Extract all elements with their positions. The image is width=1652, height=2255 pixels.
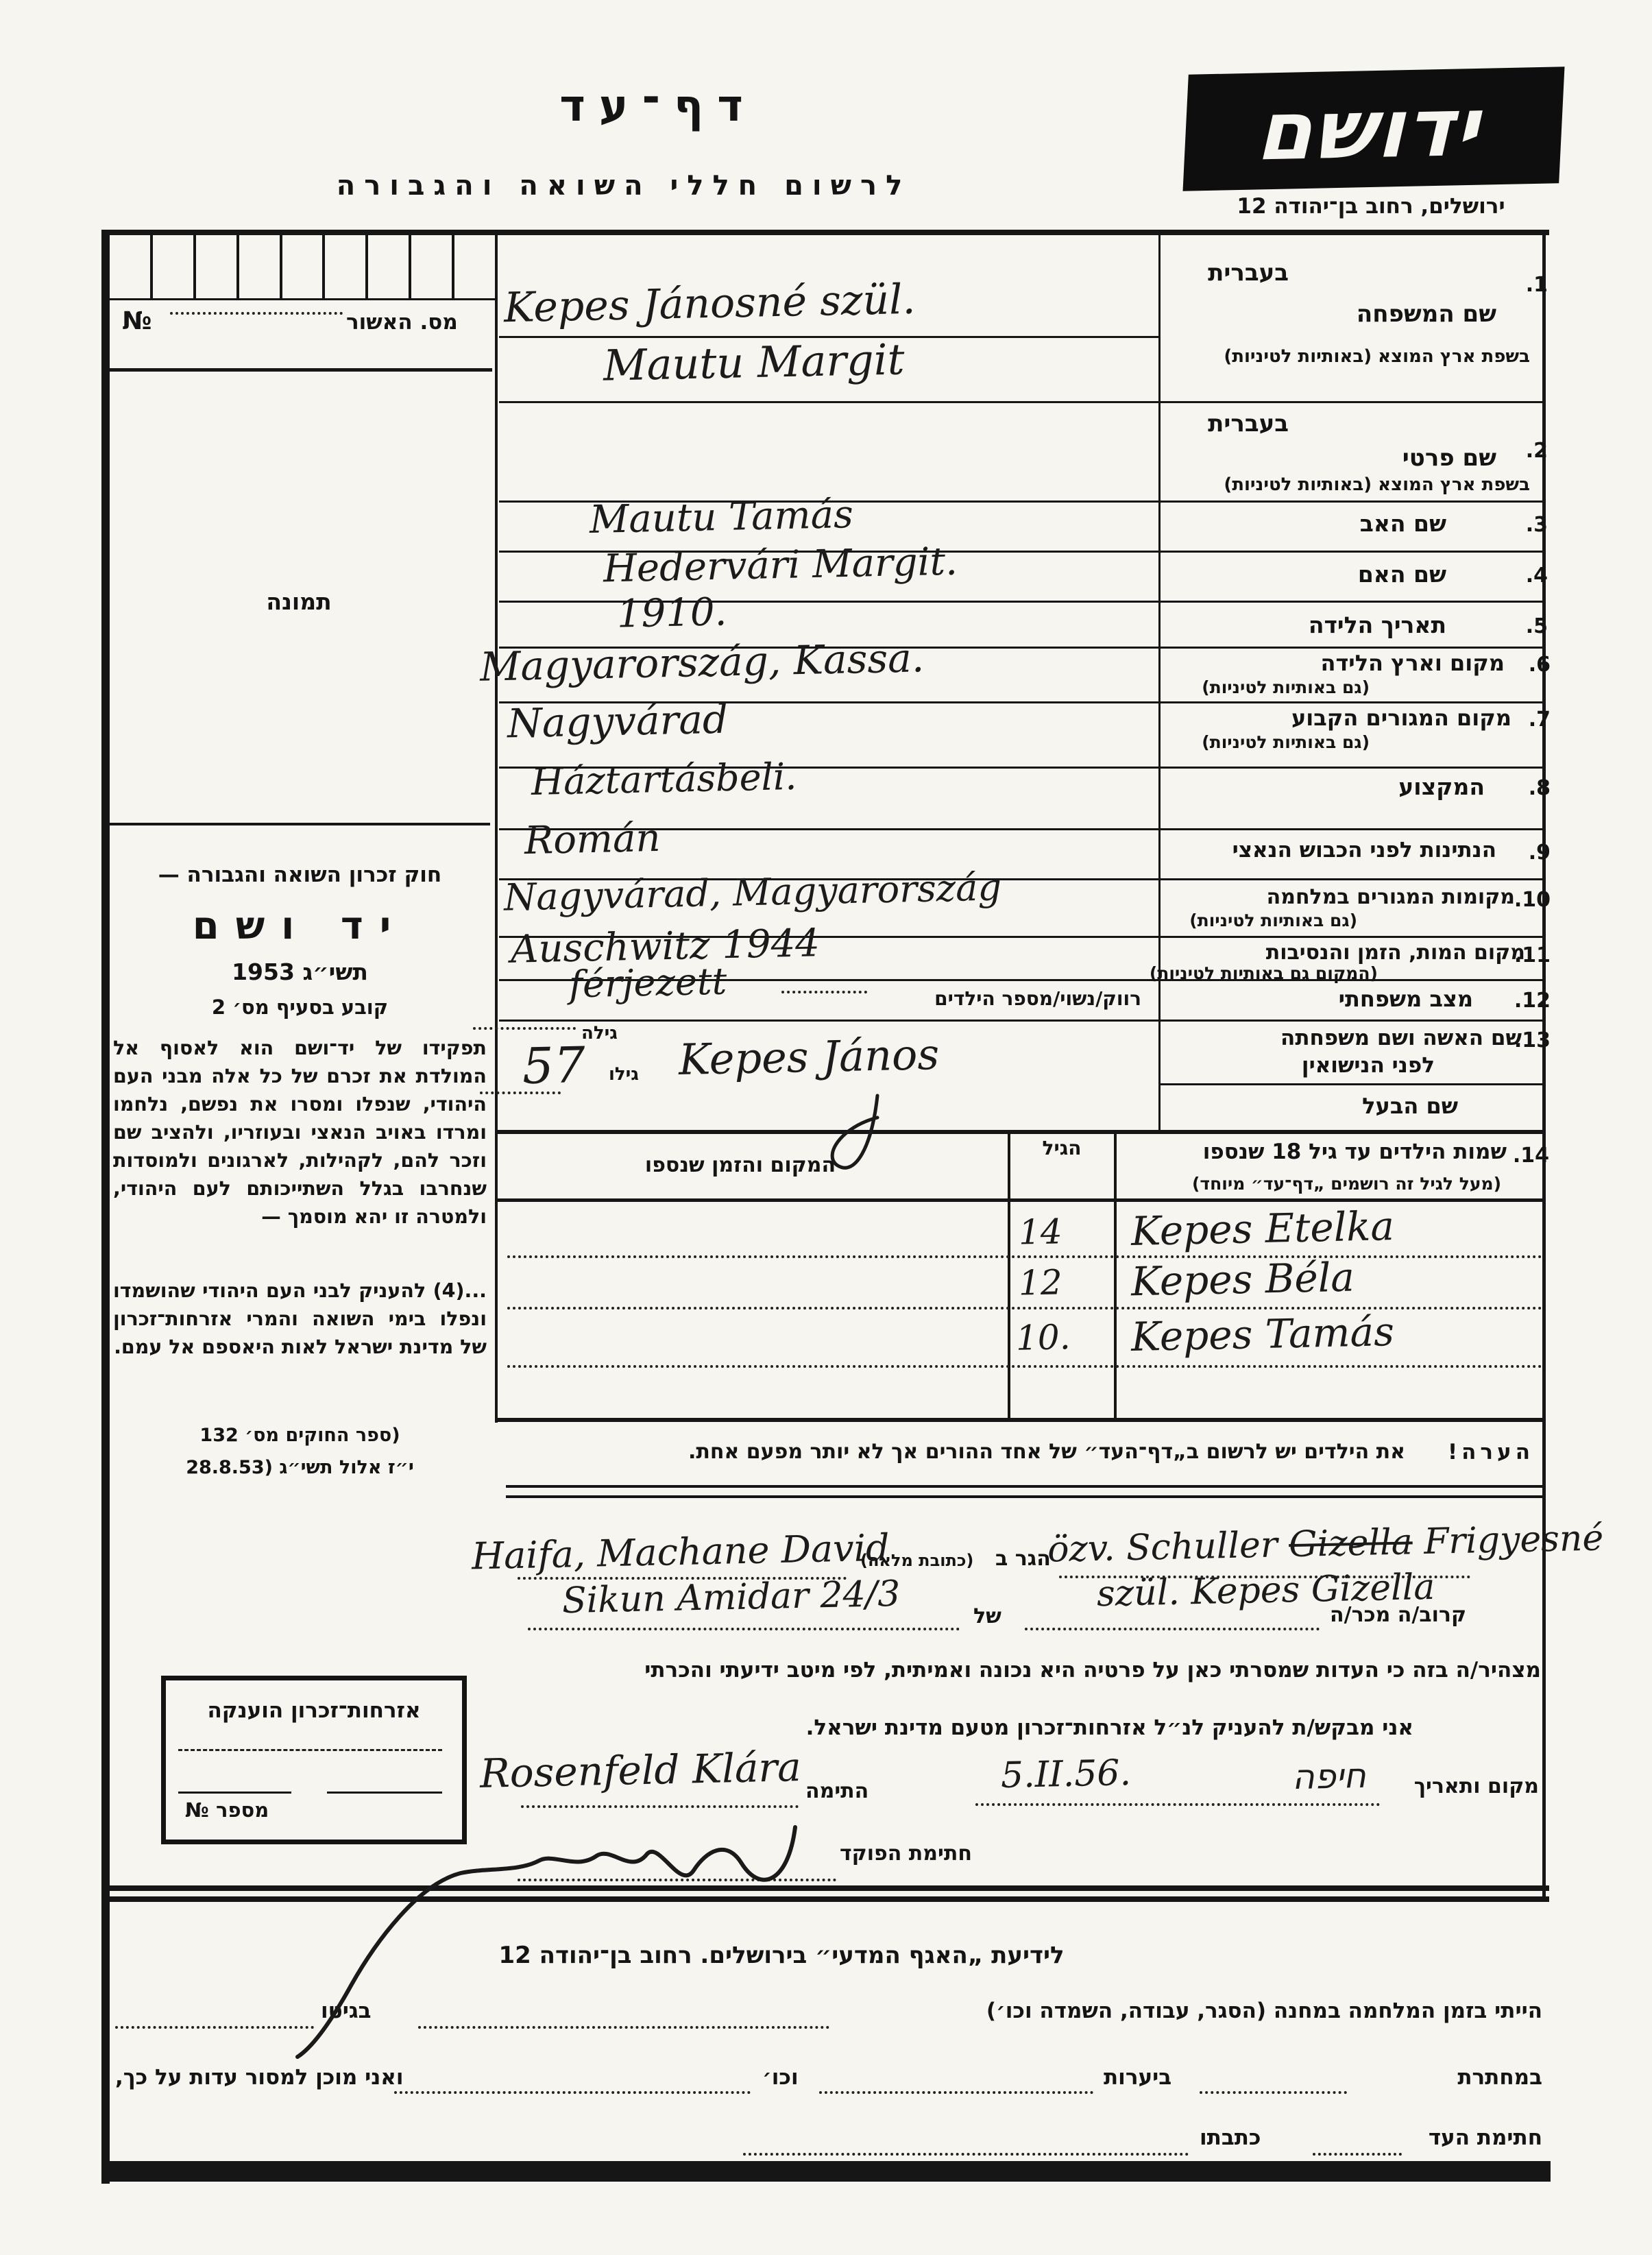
index-cell (110, 235, 153, 298)
field-7-number: 7. (1529, 708, 1551, 732)
law-name: יד ושם (113, 904, 487, 948)
field-3-label-father: שם האב (1360, 510, 1446, 537)
children-table-top-rule (495, 1130, 1546, 1134)
writing-line (499, 1020, 1158, 1022)
form-subtitle: לרשום חללי השואה והגבורה (308, 170, 939, 202)
bottom-black-bar (101, 2161, 1551, 2182)
index-cell (196, 235, 239, 298)
yad-vashem-logo: ידושם (1182, 67, 1564, 191)
marital-options-dotted (781, 991, 867, 993)
memorial-citizenship-box: אזרחות־זכרון הוענקה מספר № (161, 1676, 467, 1844)
field-8-number: 8. (1529, 776, 1551, 800)
field-2-label-latin: בשפת ארץ המוצא (באותיות לטיניות) (1224, 474, 1530, 495)
writing-line (499, 401, 1158, 403)
logo-address: ירושלים, רחוב בן־יהודה 12 (1165, 194, 1577, 219)
declarant-address-dotted (518, 1577, 847, 1580)
field-1-number: 1. (1526, 273, 1548, 297)
testimony-label: ואני מוכן למסור עדות על כך, (115, 2065, 404, 2090)
field-2-number: 2. (1526, 439, 1548, 463)
children-row-dotted (507, 1255, 1542, 1258)
field-14-sublabel: (מעל לגיל זה רושמים „דף־עד״ מיוחד) (1192, 1174, 1501, 1194)
divider-middle-right (1158, 230, 1161, 1131)
field-7-label-residence: מקום המגורים הקבוע (1291, 705, 1511, 731)
index-cells-row (110, 235, 495, 300)
field-divider (1160, 1083, 1544, 1085)
ghetto-dotted (115, 2026, 314, 2029)
field-4-label-mother: שם האם (1358, 561, 1446, 588)
form-bottom-rule-1 (101, 1885, 1549, 1891)
place-date-label: מקום ותאריך (1414, 1774, 1539, 1798)
declarant-name-dotted (1059, 1576, 1470, 1578)
relation-dotted (1025, 1628, 1320, 1630)
children-col-place-header: המקום והזמן שנספו (521, 1153, 960, 1177)
index-cell (325, 235, 368, 298)
field-7-label-latin: (גם באותיות לטיניות) (1202, 732, 1370, 752)
field-9-number: 9. (1529, 841, 1551, 865)
field-6-label-birthplace: מקום וארץ הלידה (1320, 650, 1505, 676)
field-divider (1160, 401, 1544, 403)
declarant-signature: Rosenfeld Klára (479, 1744, 801, 1797)
field-divider (1160, 828, 1544, 830)
of-dotted (528, 1628, 960, 1630)
etc-label: וכו׳ (762, 2065, 799, 2090)
children-row-dotted (507, 1365, 1542, 1368)
entry-mother-name: Hedervári Margit. (603, 540, 958, 592)
child-age: 14 (1018, 1211, 1062, 1252)
camp-dotted (418, 2026, 829, 2029)
form-top-rule (101, 230, 1549, 235)
declarant-name-part-b: Frigyesné (1424, 1518, 1604, 1563)
ghetto-label: בגיטו (321, 1999, 372, 2023)
field-divider (1160, 936, 1544, 938)
memorial-citizenship-line-2a (178, 1792, 291, 1794)
field-8-label-profession: המקצוע (1398, 773, 1485, 800)
camp-label: הייתי בזמן המלחמה במחנה (הסגר, עבודה, הש… (986, 1999, 1542, 2023)
field-12-number: 12. (1514, 989, 1551, 1013)
field-13-label-husband: שם הבעל (1362, 1093, 1458, 1119)
law-paragraph-1: תפקידו של יד־ושם הוא לאסוף אל המולדת את … (113, 1034, 487, 1231)
entry-family-name-1: Kepes Jánosné szül. (503, 276, 916, 333)
divider-left-middle (495, 230, 498, 1423)
note-label: הערה! (1448, 1440, 1534, 1464)
field-divider (1160, 551, 1544, 553)
field-divider (1160, 701, 1544, 703)
field-divider (1160, 601, 1544, 603)
declaration-statement-2: אני מבקש/ת להעניק לנ״ל אזרחות־זכרון מטעם… (806, 1715, 1413, 1740)
field-2-label-hebrew: בעברית (1208, 410, 1289, 437)
underground-dotted (1200, 2091, 1347, 2094)
field-divider (1160, 1020, 1544, 1022)
index-cell (282, 235, 326, 298)
memorial-citizenship-number-label: מספר № (185, 1798, 269, 1822)
official-signature-dotted (518, 1879, 836, 1881)
index-cell (411, 235, 454, 298)
child-age: 12 (1018, 1262, 1062, 1303)
declarant-address-line-2: Sikun Amidar 24/3 (561, 1573, 900, 1621)
bottom-heading: לידיעת „האגף המדעי״ בירושלים. רחוב בן־יה… (452, 1942, 1110, 1969)
field-14-number: 14. (1513, 1144, 1549, 1168)
field-9-label-citizenship: הנתינות לפני הכבוש הנאצי (1232, 838, 1496, 863)
place-handwriting: חיפה (1291, 1756, 1366, 1797)
field-3-number: 3. (1526, 513, 1548, 537)
law-paragraph-2: ...(4) להעניק לבני העם היהודי שהושמדו ונ… (113, 1277, 487, 1361)
entry-marital-status: férjezett (568, 960, 727, 1006)
law-section: קובע בסעיף מס׳ 2 (113, 996, 487, 1019)
approval-label: מס. האשור (346, 310, 458, 335)
approval-number-line (170, 312, 343, 315)
left-divider-2 (110, 823, 490, 825)
law-reference-2: י״ז אלול תשי״ג (28.8.53 (113, 1457, 487, 1478)
entry-father-name: Mautu Tamás (589, 492, 853, 542)
memorial-citizenship-title: אזרחות־זכרון הוענקה (166, 1698, 462, 1723)
forests-label: ביערות (1104, 2065, 1171, 2090)
her-age-dotted (473, 1027, 576, 1030)
field-6-number: 6. (1529, 653, 1551, 677)
index-cell (153, 235, 196, 298)
declarant-name-line-1: özv. Schuller Gizella Frigyesné (1047, 1518, 1603, 1571)
field-divider (1160, 767, 1544, 769)
field-4-number: 4. (1526, 564, 1548, 588)
field-10-label-latin: (גם באותיות לטיניות) (1189, 911, 1357, 930)
children-table-header-rule (495, 1198, 1546, 1202)
field-12-label-marital: מצב משפחתי (1339, 986, 1473, 1012)
witness-address-dotted (743, 2153, 1189, 2156)
field-1-label-hebrew: בעברית (1208, 259, 1289, 287)
declaration-statement-1: מצהיר/ה בזה כי העדות שמסרתי כאן על פרטיה… (644, 1658, 1541, 1683)
etc-dotted (394, 2091, 751, 2094)
field-13-label-wife-2: לפני הנישואין (1302, 1053, 1435, 1078)
field-divider (1160, 647, 1544, 649)
field-5-number: 5. (1526, 614, 1548, 638)
field-10-number: 10. (1514, 888, 1551, 912)
approval-no-symbol: № (122, 307, 151, 335)
entry-citizenship: Román (524, 816, 661, 863)
child-name: Kepes Etelka (1130, 1203, 1394, 1255)
children-col-age-header: הגיל (1010, 1137, 1113, 1159)
field-5-label-birthdate: תאריך הלידה (1309, 612, 1446, 638)
form-right-border (1542, 230, 1546, 1901)
declarant-name-part-a: özv. Schuller (1047, 1524, 1278, 1570)
law-year: תשי״ג 1953 (113, 958, 487, 985)
lives-at-hint: (כתובת מלאה) (860, 1551, 973, 1570)
witness-signature-label: חתימת העד (1429, 2125, 1542, 2150)
entry-war-residence: Nagyvárad, Magyarország (503, 865, 1001, 919)
entry-family-name-2: Mautu Margit (603, 334, 905, 390)
his-age-label: גילו (609, 1064, 639, 1085)
marital-options-label: רווק/נשוי/מספר הילדים (934, 987, 1141, 1010)
field-1-label-latin: בשפת ארץ המוצא (באותיות לטיניות) (1224, 346, 1530, 367)
witness-signature-dotted (1313, 2153, 1402, 2156)
yad-vashem-logo-text: ידושם (1251, 79, 1496, 178)
index-cell (454, 235, 495, 298)
field-13-label-wife: שם האשה ושם משפחתה (1280, 1026, 1522, 1050)
photo-placeholder-label: תמונה (103, 588, 495, 615)
signature-label: התימה (805, 1779, 868, 1803)
underground-label: במחתרת (1457, 2065, 1542, 2090)
law-heading: חוק זכרון השואה והגבורה — (113, 863, 487, 887)
children-col-line-left (1008, 1134, 1010, 1418)
field-divider (1160, 501, 1544, 503)
date-handwriting: 5.II.56. (1000, 1752, 1131, 1796)
child-name: Kepes Béla (1130, 1254, 1355, 1305)
forests-dotted (819, 2091, 1093, 2094)
declarant-address-line-1: Haifa, Machane David (471, 1526, 890, 1578)
entry-profession: Háztartásbeli. (531, 755, 797, 804)
her-age-label: גילה (581, 1023, 618, 1044)
children-table-bottom-rule (495, 1418, 1546, 1422)
page-of-testimony-scan: דף־עד לרשום חללי השואה והגבורה ידושם ירו… (0, 0, 1652, 2255)
field-2-label-first-name: שם פרטי (1402, 444, 1496, 472)
form-title: דף־עד (542, 81, 775, 132)
entry-birth-place: Magyarország, Kassa. (479, 634, 924, 690)
child-age: 10. (1015, 1317, 1071, 1358)
writing-line (499, 601, 1158, 603)
field-11-label-latin: (המקום גם באותיות לטיניות) (1150, 963, 1378, 983)
field-14-label: שמות הילדים עד גיל 18 שנספו (1203, 1139, 1507, 1164)
entry-husband-name: Kepes János (678, 1029, 940, 1085)
note-text: את הילדים יש לרשום ב„דף־העד״ של אחד ההור… (688, 1440, 1405, 1464)
index-cell (239, 235, 282, 298)
law-reference-1: (ספר החוקים מס׳ 132 (113, 1425, 487, 1446)
field-1-label-family-name: שם המשפחה (1357, 300, 1496, 328)
field-divider (1160, 878, 1544, 880)
field-11-label-death: מקום המות, הזמן והנסיבות (1266, 941, 1525, 965)
field-6-label-latin: (גם באותיות לטיניות) (1202, 677, 1370, 697)
memorial-citizenship-line-2b (327, 1792, 442, 1794)
entry-residence: Nagyvárad (507, 696, 728, 747)
memorial-citizenship-line-1 (178, 1749, 442, 1751)
child-name: Kepes Tamás (1130, 1308, 1394, 1360)
note-rule-1 (506, 1485, 1544, 1488)
form-bottom-rule-2 (101, 1896, 1549, 1902)
lives-at-label: הגר ב (995, 1547, 1051, 1571)
entry-birth-date: 1910. (616, 590, 727, 636)
entry-husband-age: 57 (522, 1036, 585, 1095)
children-col-line-right (1114, 1134, 1117, 1418)
official-signature-label: חתימת הפוקד (840, 1842, 972, 1866)
note-rule-2 (506, 1495, 1544, 1498)
witness-address-label: כתבתו (1200, 2125, 1261, 2150)
of-label: של (973, 1604, 1001, 1628)
declarant-name-struck: Gizella (1289, 1521, 1413, 1565)
date-dotted (975, 1803, 1380, 1806)
field-10-label-war-residence: מקומות המגורים במלחמה (1267, 885, 1515, 909)
relation-label: קרוב/ה מכר/ה (1330, 1603, 1466, 1627)
signature-dotted (521, 1805, 799, 1808)
index-cell (368, 235, 411, 298)
left-divider-1 (104, 368, 492, 372)
